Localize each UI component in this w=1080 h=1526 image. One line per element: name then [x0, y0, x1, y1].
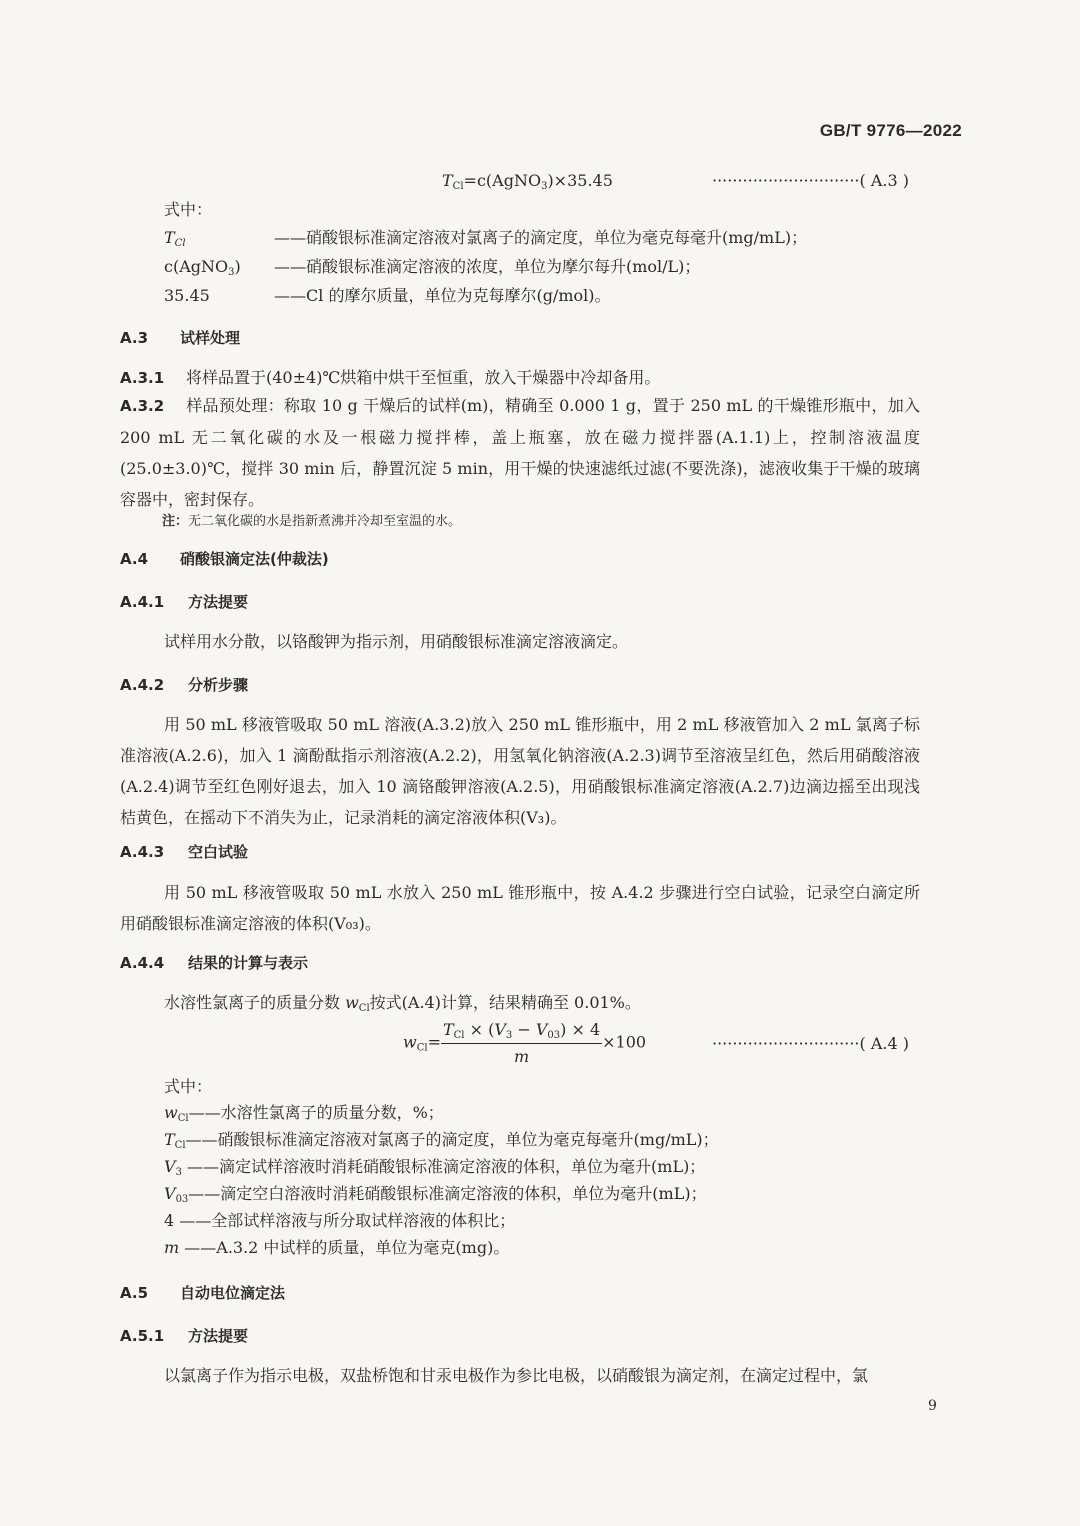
formula-a4-multiplier: ×100 — [602, 1033, 646, 1052]
formula-a3-rhs-tail: )×35.45 — [547, 171, 612, 190]
def-desc: ——硝酸银标准滴定溶液对氯离子的滴定度，单位为毫克每毫升(mg/mL)； — [274, 228, 807, 247]
clause-a3-2: A.3.2样品预处理：称取 10 g 干燥后的试样(m)，精确至 0.000 1… — [120, 390, 920, 515]
def-desc: ——硝酸银标准滴定溶液的浓度，单位为摩尔每升(mol/L)； — [274, 257, 700, 276]
a4-2-text: 用 50 mL 移液管吸取 50 mL 溶液(A.3.2)放入 250 mL 锥… — [120, 709, 920, 833]
section-heading-a4: A.4硝酸银滴定法(仲裁法) — [120, 548, 329, 569]
formula-a4-denominator: m — [514, 1044, 529, 1066]
clause-a3-1: A.3.1将样品置于(40±4)℃烘箱中烘干至恒重，放入干燥器中冷却备用。 — [120, 368, 660, 388]
where-label-2: 式中： — [164, 1077, 212, 1097]
a4-4-intro: 水溶性氯离子的质量分数 wCl按式(A.4)计算，结果精确至 0.01%。 — [164, 993, 641, 1019]
a4-3-text: 用 50 mL 移液管吸取 50 mL 水放入 250 mL 锥形瓶中，按 A.… — [120, 877, 920, 939]
def-row-v03: V03——滴定空白溶液时消耗硝酸银标准滴定溶液的体积，单位为毫升(mL)； — [164, 1184, 707, 1210]
heading-a4-4: A.4.4结果的计算与表示 — [120, 952, 308, 973]
def-row-tcl-2: TCl——硝酸银标准滴定溶液对氯离子的滴定度，单位为毫克每毫升(mg/mL)； — [164, 1130, 719, 1156]
def-row-tcl: TCl——硝酸银标准滴定溶液对氯离子的滴定度，单位为毫克每毫升(mg/mL)； — [164, 228, 807, 254]
page-number: 9 — [928, 1398, 937, 1414]
section-heading-a5: A.5自动电位滴定法 — [120, 1282, 285, 1303]
formula-a3: TCl=c(AgNO3)×35.45 — [442, 171, 613, 192]
formula-a4-number: ·····························( A.4 ) — [712, 1034, 909, 1053]
def-row-m: m ——A.3.2 中试样的质量，单位为毫克(mg)。 — [164, 1238, 509, 1258]
a5-1-text: 以氯离子作为指示电极，双盐桥饱和甘汞电极作为参比电极，以硝酸银为滴定剂，在滴定过… — [164, 1366, 868, 1386]
standard-code: GB/T 9776—2022 — [820, 121, 962, 141]
formula-a3-rhs: =c(AgNO — [464, 171, 542, 190]
heading-a5-1: A.5.1方法提要 — [120, 1325, 248, 1346]
def-symbol: 35.45 — [164, 286, 274, 306]
formula-a4: wCl= TCl × (V3 − V03) × 4 m ×100 — [403, 1020, 646, 1066]
formula-a3-lhs-sub: Cl — [453, 181, 464, 192]
formula-a4-fraction: TCl × (V3 − V03) × 4 m — [441, 1020, 602, 1066]
def-symbol: c(AgNO3) — [164, 257, 274, 283]
def-row-molar-mass: 35.45——Cl 的摩尔质量，单位为克每摩尔(g/mol)。 — [164, 286, 611, 306]
formula-a3-number: ·····························( A.3 ) — [712, 171, 909, 190]
where-label: 式中： — [164, 200, 212, 220]
formula-a3-leader: ····························· — [712, 171, 860, 190]
formula-a4-numerator: TCl × (V3 − V03) × 4 — [441, 1020, 602, 1044]
formula-a3-label: ( A.3 ) — [860, 171, 909, 190]
a4-1-text: 试样用水分散，以铬酸钾为指示剂，用硝酸银标准滴定溶液滴定。 — [164, 632, 628, 652]
def-row-v3: V3 ——滴定试样溶液时消耗硝酸银标准滴定溶液的体积，单位为毫升(mL)； — [164, 1157, 705, 1183]
def-row-ratio: 4 ——全部试样溶液与所分取试样溶液的体积比； — [164, 1211, 515, 1231]
def-row-wcl: wCl——水溶性氯离子的质量分数，%； — [164, 1103, 444, 1129]
def-symbol: TCl — [164, 228, 274, 254]
heading-a4-1: A.4.1方法提要 — [120, 591, 248, 612]
formula-a3-lhs: T — [442, 171, 453, 190]
heading-a4-3: A.4.3空白试验 — [120, 841, 248, 862]
def-row-cagno3: c(AgNO3)——硝酸银标准滴定溶液的浓度，单位为摩尔每升(mol/L)； — [164, 257, 700, 283]
section-heading-a3: A.3试样处理 — [120, 327, 240, 348]
def-desc: ——Cl 的摩尔质量，单位为克每摩尔(g/mol)。 — [274, 286, 611, 305]
heading-a4-2: A.4.2分析步骤 — [120, 674, 248, 695]
note: 注：无二氧化碳的水是指新煮沸并冷却至室温的水。 — [162, 510, 461, 529]
